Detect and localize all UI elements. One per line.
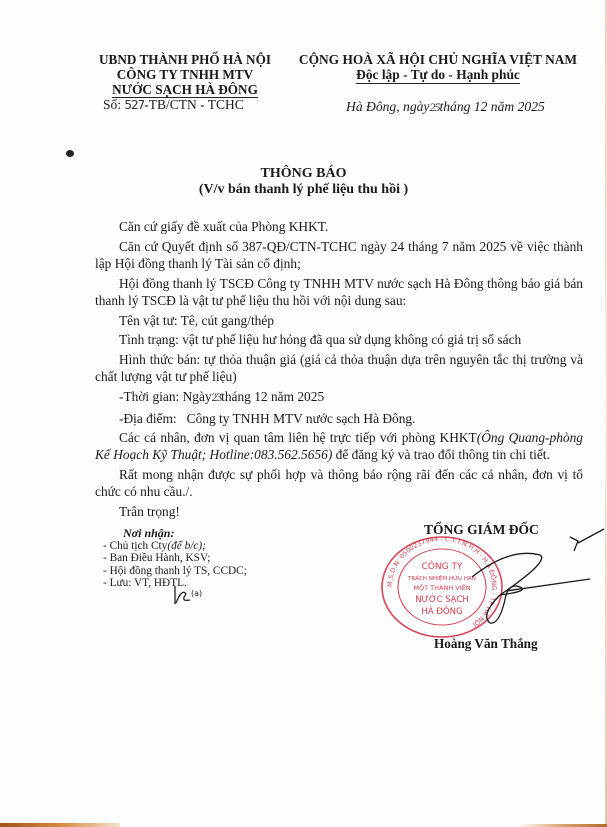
sale-location: -Địa điểm:Công ty TNHH MTV nước sạch Hà …	[95, 410, 583, 427]
document-number: Số: 527-TB/CTN - TCHC	[103, 97, 244, 113]
ink-speck	[66, 150, 74, 157]
org-line-2: CÔNG TY TNHH MTV	[90, 67, 280, 82]
issuing-organization: UBND THÀNH PHỐ HÀ NỘI CÔNG TY TNHH MTV N…	[90, 52, 280, 98]
notice-body: Căn cứ giấy đề xuất của Phòng KHKT. Căn …	[95, 218, 583, 523]
contact-paragraph: Các cá nhân, đơn vị quan tâm liên hệ trự…	[95, 429, 583, 463]
recipient-text: - Chủ tịch Cty	[103, 540, 167, 552]
handwritten-signature	[470, 525, 607, 635]
recipient-note: (để b/c);	[167, 540, 206, 552]
title-subject: (V/v bán thanh lý phế liệu thu hồi )	[0, 182, 607, 198]
sale-time: -Thời gian: Ngày23tháng 12 năm 2025	[95, 388, 583, 407]
place-date: Hà Đông, ngày25tháng 12 năm 2025	[346, 99, 545, 115]
contact-suffix: để đăng ký và trao đổi thông tin chi tiế…	[332, 447, 550, 462]
recipients-block: Nơi nhận: - Chủ tịch Cty(để b/c); - Ban …	[103, 527, 247, 590]
svg-text:CÔNG TY: CÔNG TY	[422, 560, 463, 572]
recipient-item: - Chủ tịch Cty(để b/c);	[103, 540, 247, 553]
paragraph-announcement: Hội đồng thanh lý TSCĐ Công ty TNHH MTV …	[95, 275, 583, 309]
title-main: THÔNG BÁO	[0, 166, 607, 182]
svg-text:HÀ ĐÔNG: HÀ ĐÔNG	[421, 605, 462, 617]
recipient-item: - Hội đồng thanh lý TS, CCDC;	[103, 565, 247, 578]
svg-text:MỘT THÀNH VIÊN: MỘT THÀNH VIÊN	[413, 583, 470, 592]
org-line-1: UBND THÀNH PHỐ HÀ NỘI	[90, 52, 280, 67]
signer-name: Hoàng Văn Thắng	[434, 636, 538, 652]
svg-text:(a): (a)	[191, 589, 202, 598]
paragraph-basis-2: Căn cứ Quyết định số 387-QĐ/CTN-TCHC ngà…	[95, 238, 583, 272]
time-prefix: -Thời gian: Ngày	[119, 389, 212, 404]
svg-text:NƯỚC SẠCH: NƯỚC SẠCH	[415, 593, 469, 605]
contact-prefix: Các cá nhân, đơn vị quan tâm liên hệ trự…	[119, 430, 477, 445]
paragraph-request: Rất mong nhận được sự phối hợp và thông …	[95, 466, 583, 500]
location-value: Công ty TNHH MTV nước sạch Hà Đông.	[187, 411, 416, 426]
recipients-heading: Nơi nhận:	[123, 527, 247, 540]
closing: Trân trọng!	[95, 503, 583, 520]
location-label: -Địa điểm:	[119, 411, 177, 426]
item-name: Tên vật tư: Tê, cút gang/thép	[95, 312, 583, 329]
time-day-handwritten: 23	[212, 392, 222, 404]
recipient-item: - Ban Điều Hành, KSV;	[103, 552, 247, 565]
notice-title: THÔNG BÁO (V/v bán thanh lý phế liệu thu…	[0, 166, 607, 198]
org-line-3: NƯỚC SẠCH HÀ ĐÔNG	[112, 82, 258, 98]
doc-number-handwritten: 527	[124, 98, 144, 112]
sale-form: Hình thức bán: tự thỏa thuận giá (giá cả…	[95, 351, 583, 385]
item-condition: Tình trạng: vật tư phế liệu hư hỏng đã q…	[95, 331, 583, 348]
national-header: CỘNG HOÀ XÃ HỘI CHỦ NGHĨA VIỆT NAM Độc l…	[288, 52, 588, 84]
initials-mark: (a)	[172, 584, 206, 606]
page-edge	[0, 823, 120, 827]
document-page: UBND THÀNH PHỐ HÀ NỘI CÔNG TY TNHH MTV N…	[0, 0, 607, 827]
doc-number-prefix: Số:	[103, 97, 124, 112]
nation-title: CỘNG HOÀ XÃ HỘI CHỦ NGHĨA VIỆT NAM	[288, 52, 588, 67]
place-date-day: 25	[429, 100, 439, 114]
doc-number-suffix: -TB/CTN - TCHC	[144, 97, 244, 112]
svg-text:TRÁCH NHIỆM HỮU HẠN: TRÁCH NHIỆM HỮU HẠN	[407, 574, 476, 582]
national-motto: Độc lập - Tự do - Hạnh phúc	[356, 67, 520, 84]
place-date-suffix: tháng 12 năm 2025	[439, 99, 544, 114]
paragraph-basis-1: Căn cứ giấy đề xuất của Phòng KHKT.	[95, 218, 583, 235]
time-suffix: tháng 12 năm 2025	[221, 389, 324, 404]
place-date-prefix: Hà Đông, ngày	[346, 99, 429, 114]
